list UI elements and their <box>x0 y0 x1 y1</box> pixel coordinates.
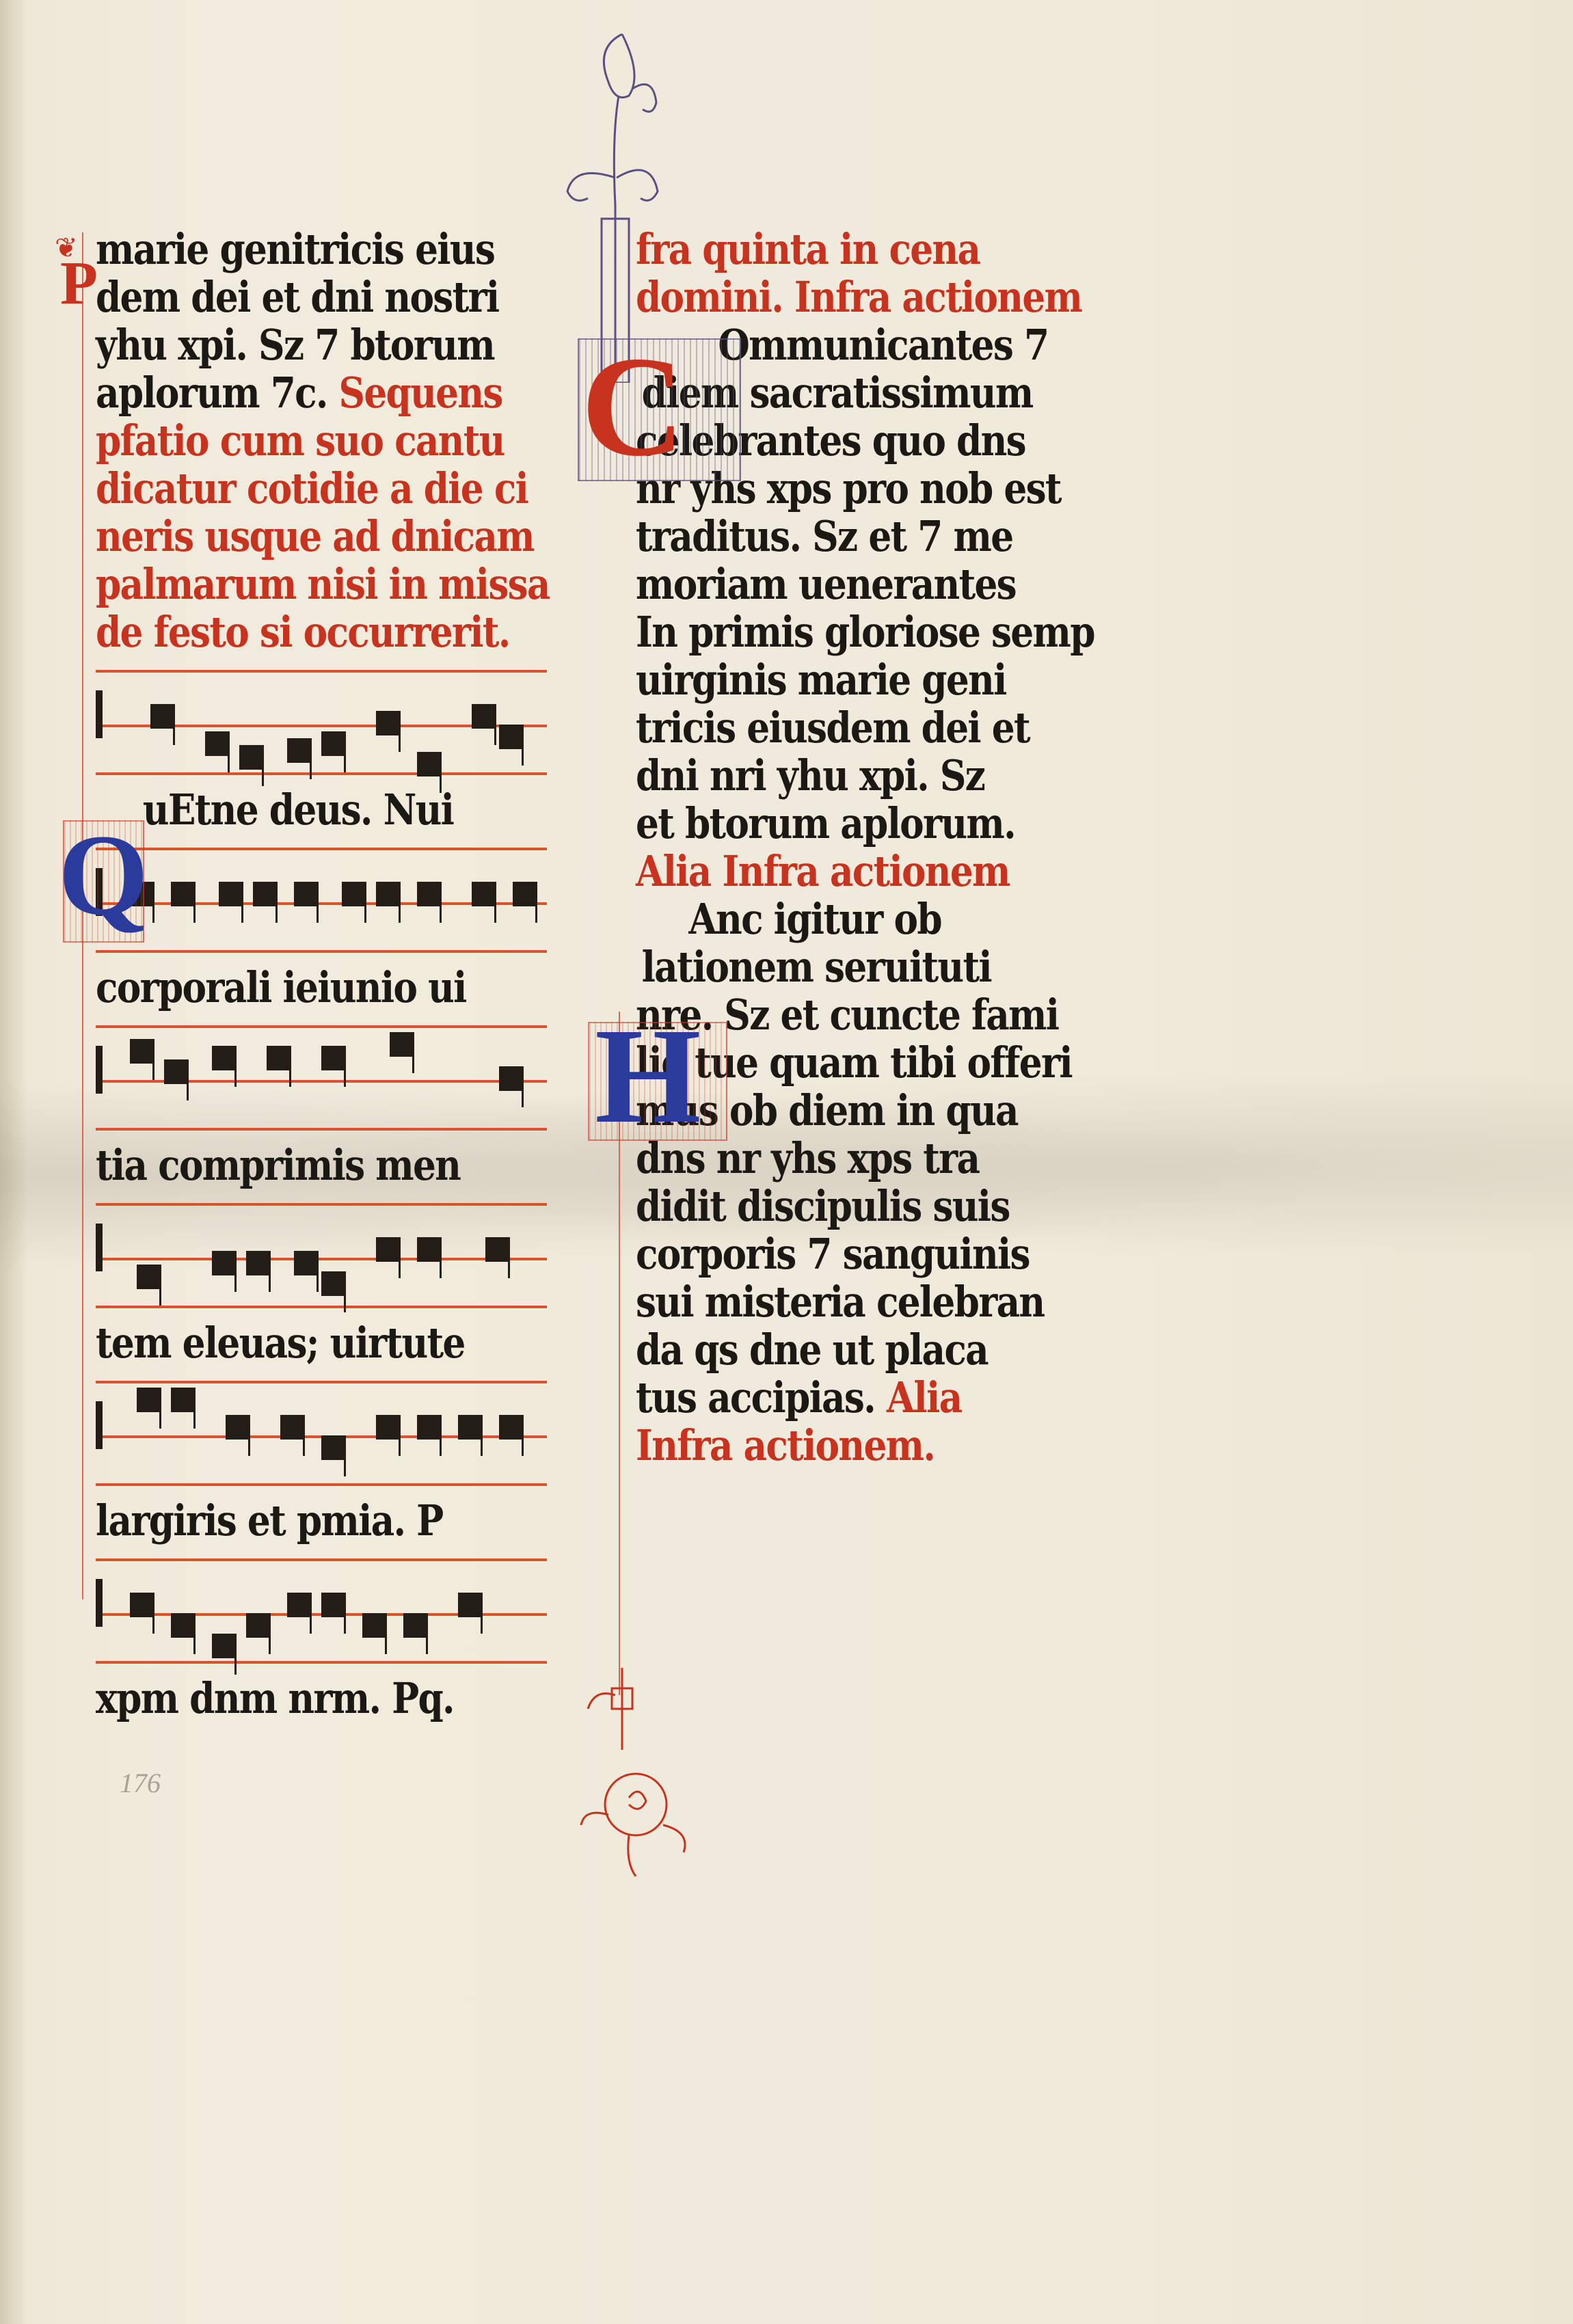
text-line: dni nri yhu xpi. Sz <box>636 752 1083 800</box>
staff-line <box>96 950 547 953</box>
neume-note <box>130 1039 154 1064</box>
staff-line <box>96 1128 547 1131</box>
rubric-line: domini. Infra actionem <box>636 273 1083 321</box>
clef-icon <box>96 1224 103 1271</box>
neume-note <box>376 882 401 906</box>
neume-note <box>376 1415 401 1440</box>
text-line: aplorum 7c. Sequens <box>96 369 484 417</box>
staff-line <box>96 1306 547 1308</box>
neume-note <box>287 1593 312 1617</box>
neume-note <box>417 1237 442 1262</box>
neume-note <box>376 711 401 735</box>
neume-note <box>171 1388 196 1412</box>
rubric-line: Infra actionem. <box>636 1422 1083 1470</box>
neume-note <box>219 882 243 906</box>
neume-note <box>212 1046 237 1070</box>
staff-line <box>96 1661 547 1664</box>
rubric-line: de festo si occurrerit. <box>96 608 484 656</box>
rubric-span: Sequens <box>339 368 502 418</box>
music-staff <box>96 1196 547 1312</box>
text-line: sui misteria celebran <box>636 1278 1083 1326</box>
neume-note <box>130 1593 154 1617</box>
text-line: dem dei et dni nostri <box>96 273 484 321</box>
neume-note <box>499 725 524 749</box>
text-line: Anc igitur ob <box>636 895 1083 943</box>
neume-note <box>513 882 537 906</box>
rubric-line: pfatio cum suo cantu <box>96 417 484 465</box>
chant-lyric-line: tia comprimis men <box>96 1135 484 1196</box>
neume-note <box>246 1613 271 1638</box>
text-line: da qs dne ut placa <box>636 1326 1083 1374</box>
music-staff <box>96 663 547 779</box>
neume-note <box>403 1613 428 1638</box>
initial-C: C <box>581 335 677 478</box>
clef-icon <box>96 1046 103 1094</box>
text-span: aplorum 7c. <box>96 368 327 418</box>
neume-note <box>485 1237 510 1262</box>
neume-note <box>321 1046 346 1070</box>
folio-number: 176 <box>120 1767 161 1799</box>
rubric-line: palmarum nisi in missa <box>96 560 484 608</box>
chant-lyric-line: xpm dnm nrm. Pq. <box>96 1668 484 1729</box>
neume-note <box>321 1593 346 1617</box>
book-gutter-shadow <box>0 0 27 2324</box>
neume-note <box>362 1613 387 1638</box>
neume-note <box>499 1415 524 1440</box>
staff-line <box>96 1025 547 1028</box>
neume-note <box>150 704 175 729</box>
text-line: didit discipulis suis <box>636 1183 1083 1230</box>
text-line: corporis 7 sanguinis <box>636 1230 1083 1278</box>
neume-note <box>376 1237 401 1262</box>
neume-note <box>287 738 312 763</box>
neume-note <box>321 1271 346 1296</box>
neume-note <box>342 882 366 906</box>
staff-line <box>96 670 547 673</box>
neume-note <box>417 1415 442 1440</box>
text-span: tus accipias. <box>636 1373 875 1422</box>
text-line: yhu xpi. Sz 7 btorum <box>96 321 484 369</box>
neume-note <box>294 1251 319 1275</box>
initial-Q: Q <box>58 817 147 933</box>
neume-note <box>417 752 442 776</box>
rubric-span: Alia <box>887 1373 962 1422</box>
neume-note <box>267 1046 291 1070</box>
text-line: traditus. Sz et 7 me <box>636 513 1083 560</box>
staff-line <box>96 1258 547 1260</box>
left-column: marie genitricis eius dem dei et dni nos… <box>96 226 547 1729</box>
text-line: marie genitricis eius <box>96 226 484 273</box>
neume-note <box>253 882 278 906</box>
neume-note <box>239 745 264 770</box>
neume-note <box>321 1435 346 1460</box>
rubric-line: Alia Infra actionem <box>636 848 1083 895</box>
neume-note <box>458 1415 483 1440</box>
text-line: dns nr yhs xps tra <box>636 1135 1083 1183</box>
neume-note <box>137 1265 161 1289</box>
staff-line <box>96 848 547 850</box>
chant-lyric-line: largiris et pmia. P <box>96 1490 484 1552</box>
neume-note <box>137 1388 161 1412</box>
chant-lyric-line: uEtne deus. Nui <box>96 779 484 841</box>
rubric-line: dicatur cotidie a die ci <box>96 465 484 513</box>
chant-lyric-line: tem eleuas; uirtute <box>96 1312 484 1374</box>
initial-H: H <box>595 1008 677 1145</box>
neume-note <box>472 882 496 906</box>
neume-note <box>472 704 496 729</box>
text-line: uirginis marie geni <box>636 656 1083 704</box>
neume-note <box>212 1634 237 1658</box>
text-line: moriam uenerantes <box>636 560 1083 608</box>
chant-notation: uEtne deus. Nuicorporali ieiunio uitia c… <box>96 663 547 1729</box>
music-staff <box>96 1018 547 1135</box>
rubric-line: neris usque ad dnicam <box>96 513 484 560</box>
neume-note <box>205 731 230 756</box>
staff-line <box>96 1381 547 1383</box>
rubric-line: fra quinta in cena <box>636 226 1083 273</box>
music-staff <box>96 1552 547 1668</box>
text-line: tricis eiusdem dei et <box>636 704 1083 752</box>
text-line: tus accipias. Alia <box>636 1374 1083 1422</box>
neume-note <box>246 1251 271 1275</box>
clef-icon <box>96 690 103 738</box>
clef-icon <box>96 1401 103 1449</box>
chant-lyric-line: corporali ieiunio ui <box>96 957 484 1018</box>
neume-note <box>321 731 346 756</box>
neume-note <box>417 882 442 906</box>
penwork-flourish-bottom-icon <box>574 1668 738 1887</box>
text-line: et btorum aplorum. <box>636 800 1083 848</box>
neume-note <box>212 1251 237 1275</box>
neume-note <box>390 1032 414 1057</box>
staff-line <box>96 1483 547 1486</box>
text-line: In primis gloriose semp <box>636 608 1083 656</box>
neume-note <box>499 1066 524 1091</box>
text-line: lationem seruituti <box>636 943 1083 991</box>
staff-line <box>96 1080 547 1083</box>
initial-P: P <box>60 253 98 314</box>
staff-line <box>96 772 547 775</box>
neume-note <box>458 1593 483 1617</box>
music-staff <box>96 1374 547 1490</box>
neume-note <box>280 1415 305 1440</box>
music-staff <box>96 841 547 957</box>
clef-icon <box>96 1579 103 1627</box>
neume-note <box>164 1059 189 1084</box>
neume-note <box>171 1613 196 1638</box>
staff-line <box>96 1558 547 1561</box>
neume-note <box>171 882 196 906</box>
neume-note <box>294 882 319 906</box>
staff-line <box>96 1203 547 1206</box>
neume-note <box>226 1415 250 1440</box>
